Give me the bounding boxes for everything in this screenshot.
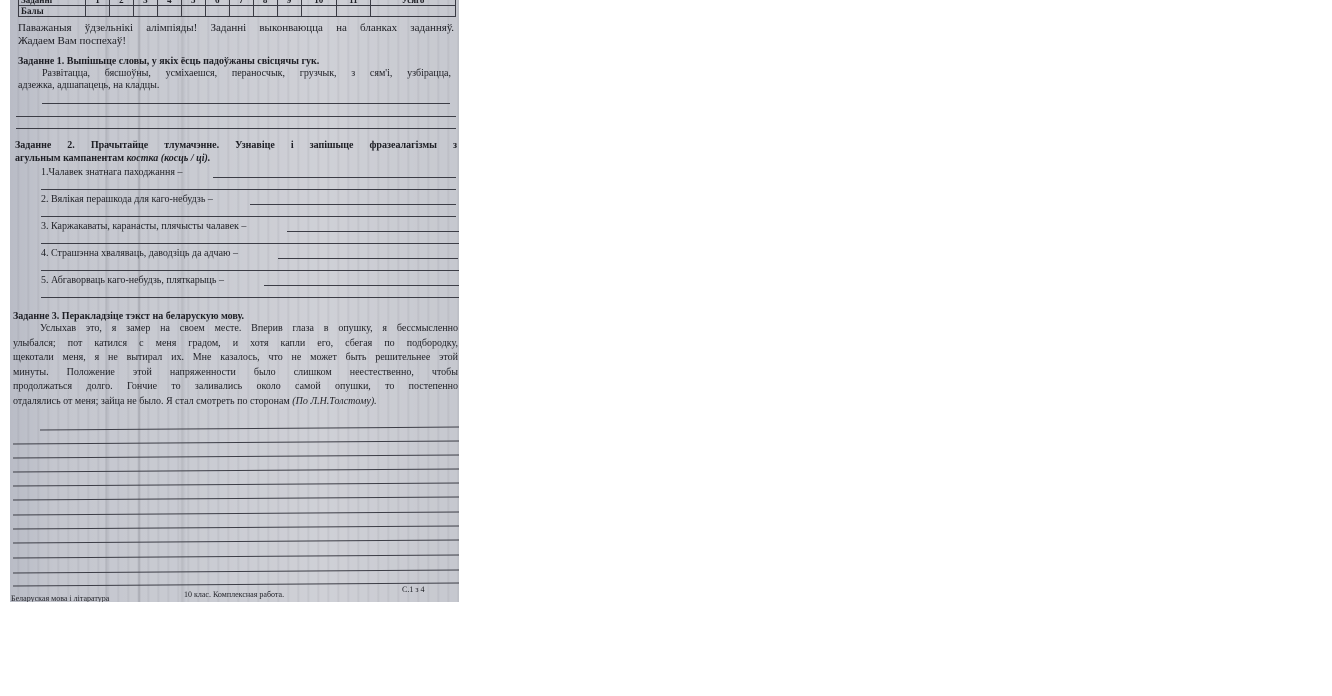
task1-words-line-2: адзежка, адшапацець, на кладцы. bbox=[18, 80, 159, 91]
score-table-row-label: Балы bbox=[19, 6, 86, 17]
answer-line[interactable] bbox=[13, 569, 459, 573]
answer-line[interactable] bbox=[278, 258, 458, 259]
task3-text-line-5: продолжаться долго. Гончие то заливались… bbox=[13, 381, 458, 392]
answer-line[interactable] bbox=[41, 216, 456, 217]
score-cell[interactable] bbox=[109, 6, 133, 17]
answer-line[interactable] bbox=[264, 285, 459, 286]
score-cell[interactable] bbox=[157, 6, 181, 17]
score-cell[interactable] bbox=[336, 6, 370, 17]
task1-title: Заданне 1. Выпішыце словы, у якіх ёсць п… bbox=[18, 56, 319, 67]
task2-item-5: 5. Абгаворваць каго-небудзь, пляткарыць … bbox=[41, 275, 224, 286]
task3-text-line-3: щекотали меня, я не вытирал их. Мне каза… bbox=[13, 352, 458, 363]
answer-line[interactable] bbox=[41, 243, 459, 244]
answer-line[interactable] bbox=[13, 440, 459, 444]
task3-title: Заданне 3. Перакладзіце тэкст на беларус… bbox=[13, 311, 244, 322]
score-table-points-row: Балы bbox=[19, 6, 456, 17]
task3-text-line-6: отдалялись от меня; зайца не было. Я ста… bbox=[13, 396, 377, 407]
answer-line[interactable] bbox=[13, 468, 459, 472]
answer-line[interactable] bbox=[13, 539, 459, 543]
score-cell[interactable] bbox=[253, 6, 277, 17]
answer-line[interactable] bbox=[41, 297, 459, 298]
task3-text-line-1: Услыхав это, я замер на своем месте. Впе… bbox=[40, 323, 458, 334]
task3-last-line: отдалялись от меня; зайца не было. Я ста… bbox=[13, 396, 292, 407]
answer-line[interactable] bbox=[287, 231, 459, 232]
answer-line[interactable] bbox=[41, 270, 459, 271]
footer-grade: 10 клас. Комплексная работа. bbox=[184, 590, 284, 599]
answer-line[interactable] bbox=[42, 103, 450, 104]
score-cell[interactable] bbox=[86, 6, 110, 17]
answer-line[interactable] bbox=[40, 427, 459, 431]
task2-item-1: 1.Чалавек знатнага паходжання – bbox=[41, 167, 182, 178]
task3-text-line-2: улыбался; пот катился с меня градом, и х… bbox=[13, 338, 458, 349]
answer-line[interactable] bbox=[13, 525, 459, 529]
task1-words-line-1: Развітацца, бясшоўны, усміхаешся, перано… bbox=[42, 68, 451, 79]
answer-line[interactable] bbox=[13, 454, 459, 458]
task2-item-2: 2. Вялікая перашкода для каго-небудзь – bbox=[41, 194, 213, 205]
task2-title-line-2: агульным кампанентам костка (косць / ці)… bbox=[15, 153, 210, 164]
score-cell[interactable] bbox=[205, 6, 229, 17]
footer-subject: Беларуская мова і літаратура bbox=[11, 594, 109, 602]
task3-text-line-4: минуты. Положение этой напряженности был… bbox=[13, 367, 458, 378]
answer-line[interactable] bbox=[13, 496, 459, 500]
score-cell[interactable] bbox=[301, 6, 336, 17]
task2-item-3: 3. Каржакаваты, каранасты, плячысты чала… bbox=[41, 221, 246, 232]
task2-item-4: 4. Страшэнна хваляваць, даводзіць да адч… bbox=[41, 248, 238, 259]
footer-page-number: С.1 з 4 bbox=[402, 585, 425, 594]
score-cell[interactable] bbox=[229, 6, 253, 17]
intro-line-1: Паважаныя ўдзельнікі алімпіяды! Заданні … bbox=[18, 23, 454, 34]
score-cell[interactable] bbox=[133, 6, 157, 17]
answer-line[interactable] bbox=[16, 116, 456, 117]
task2-title-bold: агульным кампанентам bbox=[15, 153, 127, 164]
answer-line[interactable] bbox=[13, 482, 459, 486]
task2-title-italic: костка (косць / ці). bbox=[127, 153, 211, 164]
task3-attribution: (По Л.Н.Толстому). bbox=[292, 396, 376, 407]
answer-line[interactable] bbox=[213, 177, 456, 178]
answer-line[interactable] bbox=[16, 128, 456, 129]
answer-line[interactable] bbox=[13, 554, 459, 558]
answer-line[interactable] bbox=[13, 511, 459, 515]
scanned-page: Заданні 1 2 3 4 5 6 7 8 9 10 11 Усяго Ба… bbox=[10, 0, 459, 602]
answer-line[interactable] bbox=[13, 582, 459, 586]
answer-line[interactable] bbox=[41, 189, 456, 190]
intro-line-2: Жадаем Вам поспехаў! bbox=[18, 35, 126, 47]
task2-title-line-1: Заданне 2. Прачытайце тлумачэнне. Узнаві… bbox=[15, 140, 457, 151]
answer-line[interactable] bbox=[250, 204, 456, 205]
score-cell[interactable] bbox=[181, 6, 205, 17]
score-table: Заданні 1 2 3 4 5 6 7 8 9 10 11 Усяго Ба… bbox=[18, 0, 456, 17]
score-cell[interactable] bbox=[277, 6, 301, 17]
score-total-cell[interactable] bbox=[371, 6, 456, 17]
